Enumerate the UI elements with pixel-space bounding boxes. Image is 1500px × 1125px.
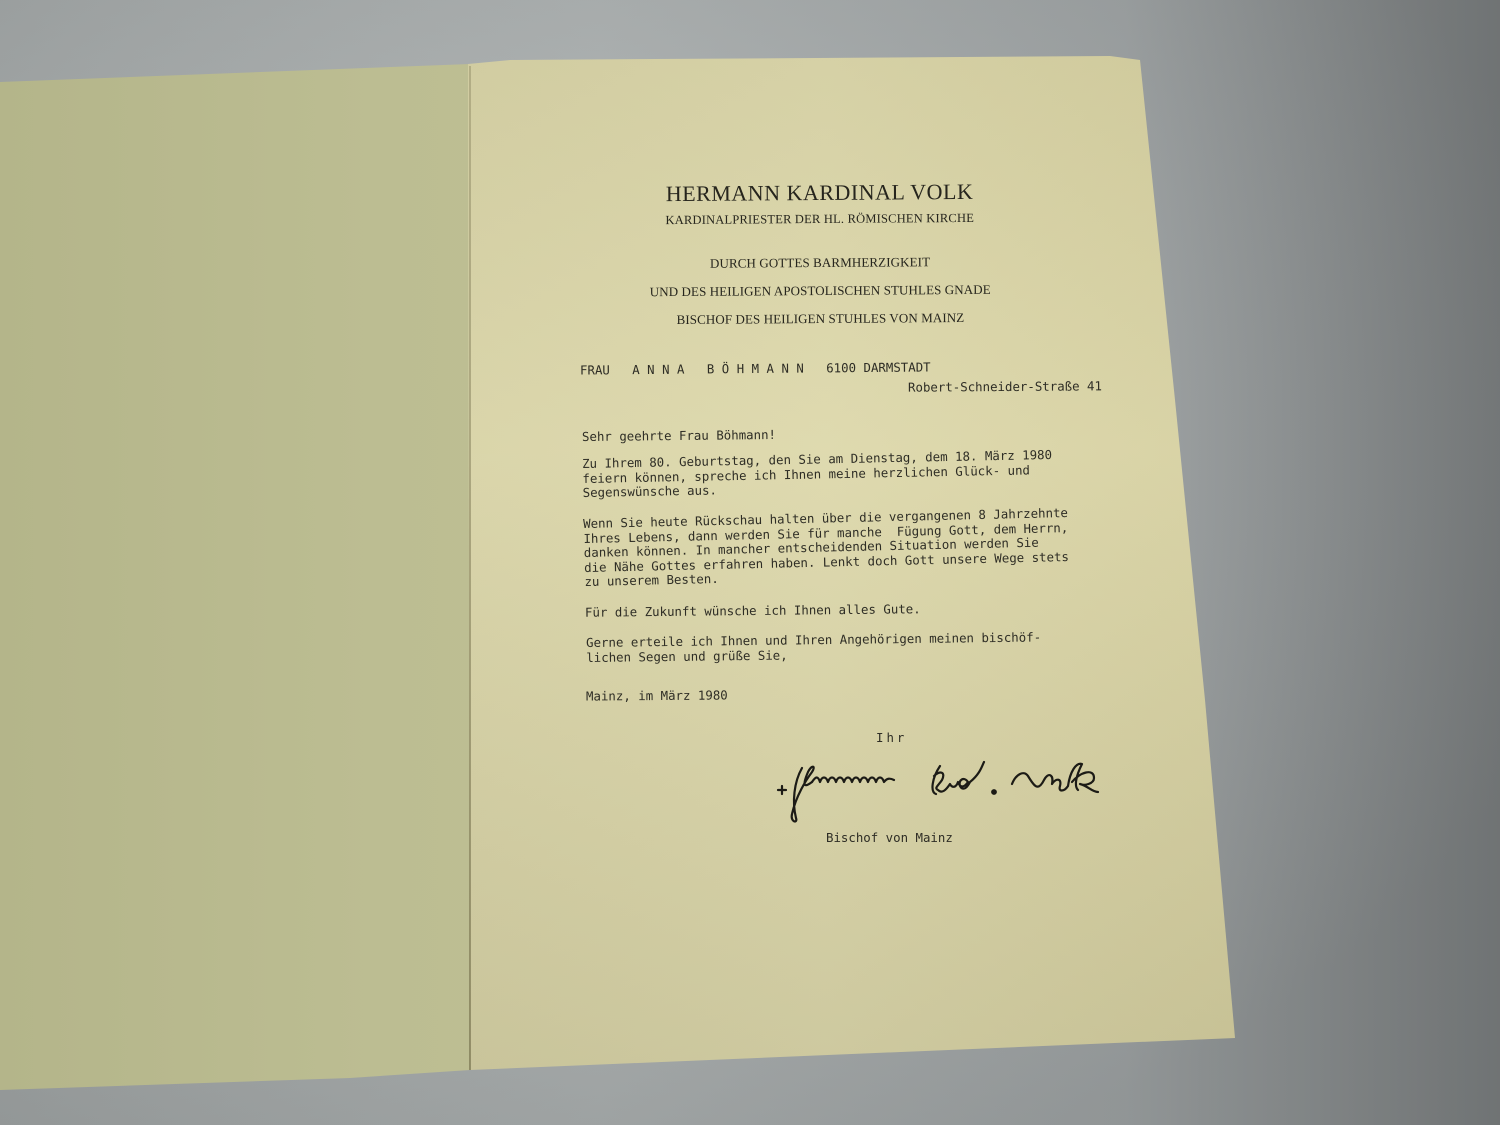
letterhead-title: KARDINALPRIESTER DER HL. RÖMISCHEN KIRCH…: [560, 210, 1080, 229]
letterhead-name: HERMANN KARDINAL VOLK: [559, 178, 1079, 208]
signer-title: Bischof von Mainz: [826, 831, 953, 846]
paragraph-reflection: Wenn Sie heute Rückschau halten über die…: [583, 506, 1069, 589]
recipient-street: Robert-Schneider-Straße 41: [908, 379, 1102, 395]
letterhead: HERMANN KARDINAL VOLK KARDINALPRIESTER D…: [559, 178, 1080, 335]
recipient-line-1: FRAU A N N A B Ö H M A N N 6100 DARMSTAD…: [580, 360, 931, 378]
place-date: Mainz, im März 1980: [586, 689, 728, 704]
letter: HERMANN KARDINAL VOLK KARDINALPRIESTER D…: [0, 0, 1500, 1125]
paragraph-birthday: Zu Ihrem 80. Geburtstag, den Sie am Dien…: [582, 448, 1053, 501]
letterhead-line: BISCHOF DES HEILIGEN STUHLES VON MAINZ: [560, 303, 1080, 335]
salutation: Sehr geehrte Frau Böhmann!: [582, 428, 776, 445]
closing: Ihr: [876, 731, 907, 746]
letterhead-line: UND DES HEILIGEN APOSTOLISCHEN STUHLES G…: [560, 275, 1080, 307]
paragraph-blessing: Gerne erteile ich Ihnen und Ihren Angehö…: [586, 630, 1041, 665]
paragraph-wishes: Für die Zukunft wünsche ich Ihnen alles …: [585, 602, 921, 620]
letterhead-line: DURCH GOTTES BARMHERZIGKEIT: [560, 247, 1080, 279]
signature-image: + Hermann Kard. Volk: [772, 752, 1132, 824]
